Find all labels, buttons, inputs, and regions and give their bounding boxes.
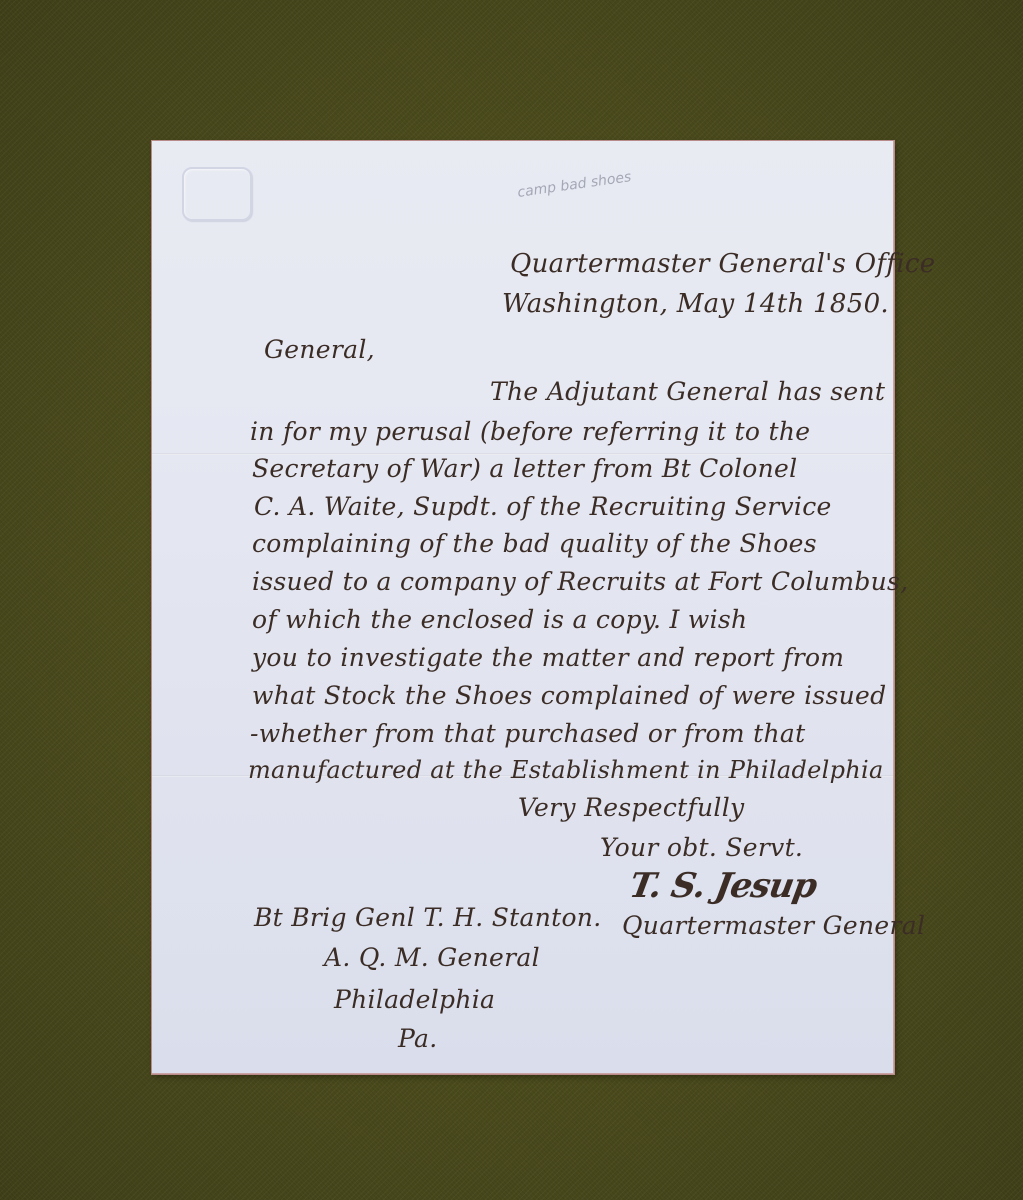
signature: T. S. Jesup — [627, 869, 819, 903]
body-line: The Adjutant General has sent — [490, 379, 885, 404]
body-line: issued to a company of Recruits at Fort … — [252, 569, 908, 594]
signatory-title: Quartermaster General — [622, 913, 925, 938]
addressee-name: Bt Brig Genl T. H. Stanton. — [254, 905, 601, 930]
addressee-rank: A. Q. M. General — [324, 945, 540, 970]
addressee-city: Philadelphia — [334, 987, 495, 1012]
closing-respectfully: Very Respectfully — [518, 795, 744, 820]
heading-office: Quartermaster General's Office — [510, 251, 935, 277]
embossed-stationery-seal — [182, 167, 252, 221]
closing-servant: Your obt. Servt. — [600, 835, 803, 860]
salutation: General, — [264, 337, 375, 362]
addressee-state: Pa. — [398, 1026, 437, 1051]
body-line: manufactured at the Establishment in Phi… — [248, 758, 884, 782]
body-line: of which the enclosed is a copy. I wish — [252, 607, 747, 632]
heading-date: Washington, May 14th 1850. — [502, 291, 889, 317]
body-line: you to investigate the matter and report… — [252, 645, 844, 670]
body-line: C. A. Waite, Supdt. of the Recruiting Se… — [254, 494, 832, 519]
pencil-annotation: camp bad shoes — [516, 169, 632, 201]
body-line: what Stock the Shoes complained of were … — [252, 683, 886, 708]
body-line: Secretary of War) a letter from Bt Colon… — [252, 456, 797, 481]
body-line: in for my perusal (before referring it t… — [250, 419, 810, 444]
letter-paper: camp bad shoes Quartermaster General's O… — [152, 141, 894, 1074]
body-line: complaining of the bad quality of the Sh… — [252, 531, 817, 556]
body-line: -whether from that purchased or from tha… — [250, 721, 805, 746]
